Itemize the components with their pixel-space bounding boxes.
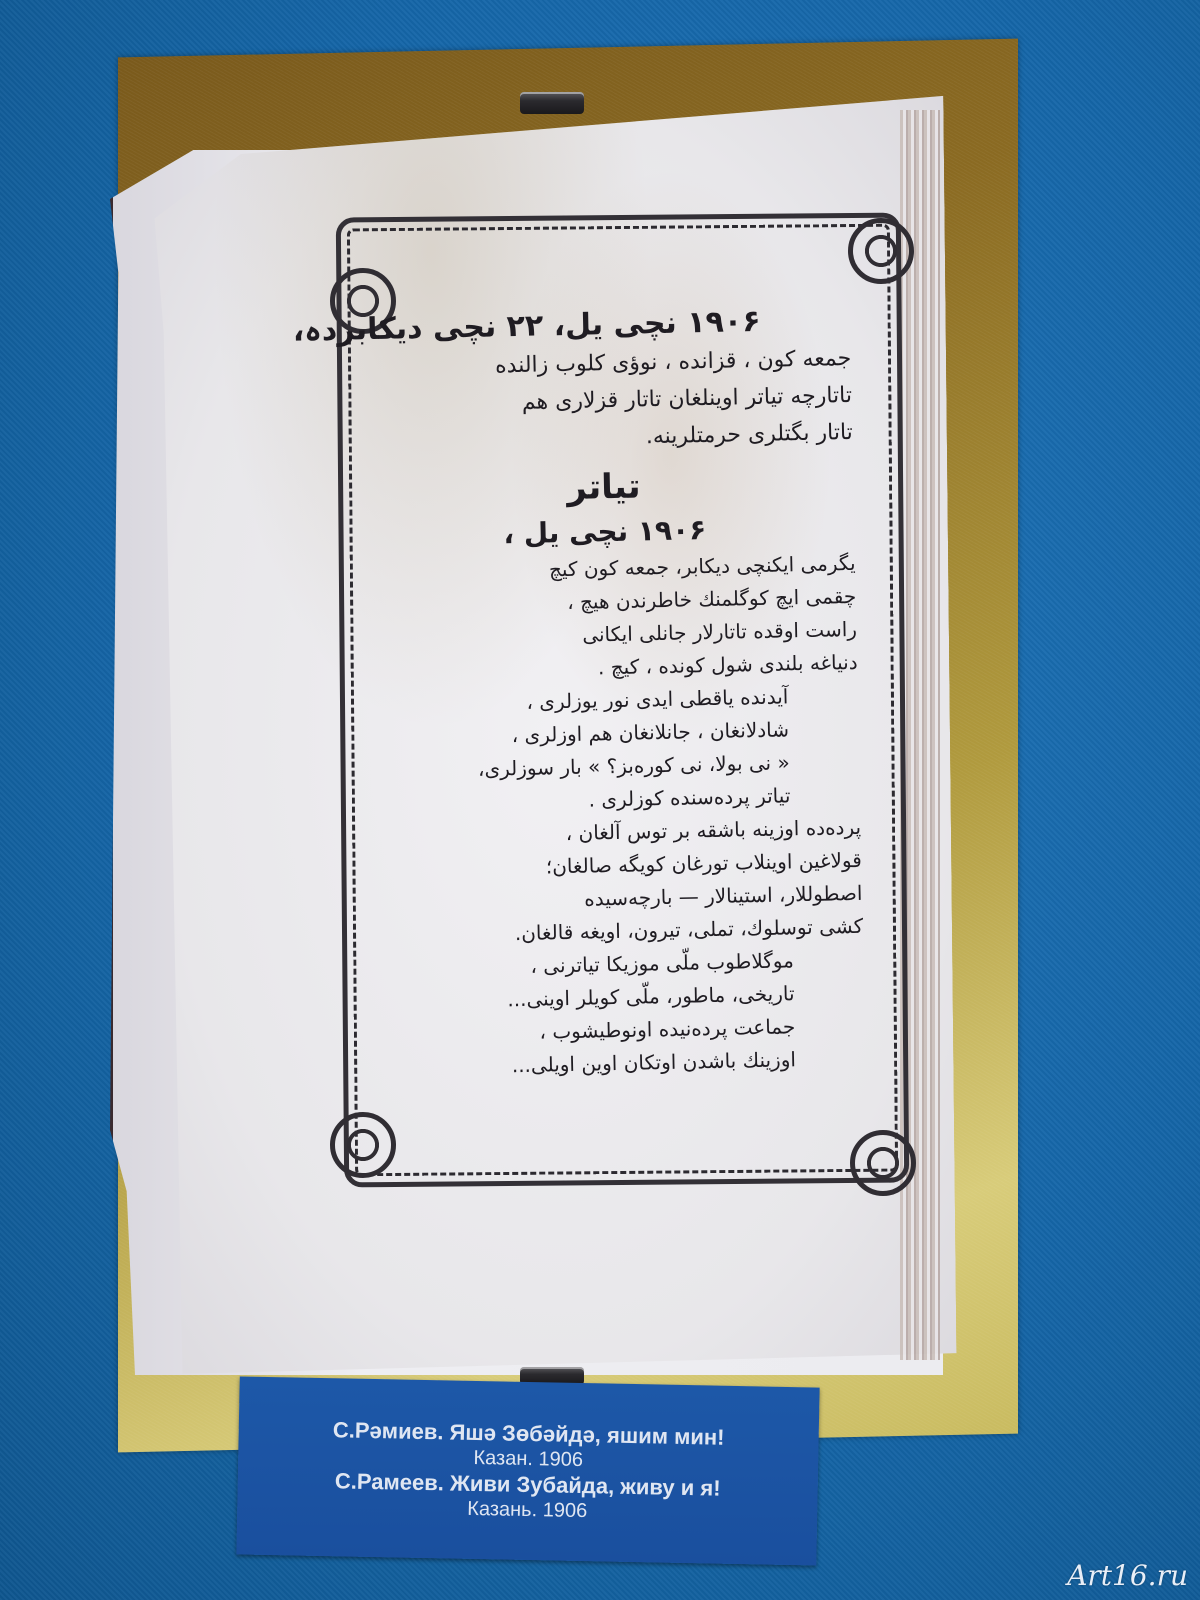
watermark: Art16.ru — [1067, 1559, 1188, 1592]
exhibit-caption-plate: С.Рәмиев. Яшә Зөбәйдә, яшим мин! Казан. … — [236, 1376, 819, 1565]
spiral-ornament-icon — [850, 1130, 916, 1196]
spiral-ornament-icon — [330, 1112, 396, 1178]
document-text: ۱۹۰۶ نچی یل، ۲۲ نچی دیکابردہ، جمعه کون ،… — [350, 300, 866, 1085]
spiral-ornament-icon — [848, 218, 914, 284]
poem: یگرمی ایکنچی دیکابر، جمعه کون کیچ چقمی ا… — [355, 547, 866, 1085]
top-metal-clip — [520, 92, 584, 114]
